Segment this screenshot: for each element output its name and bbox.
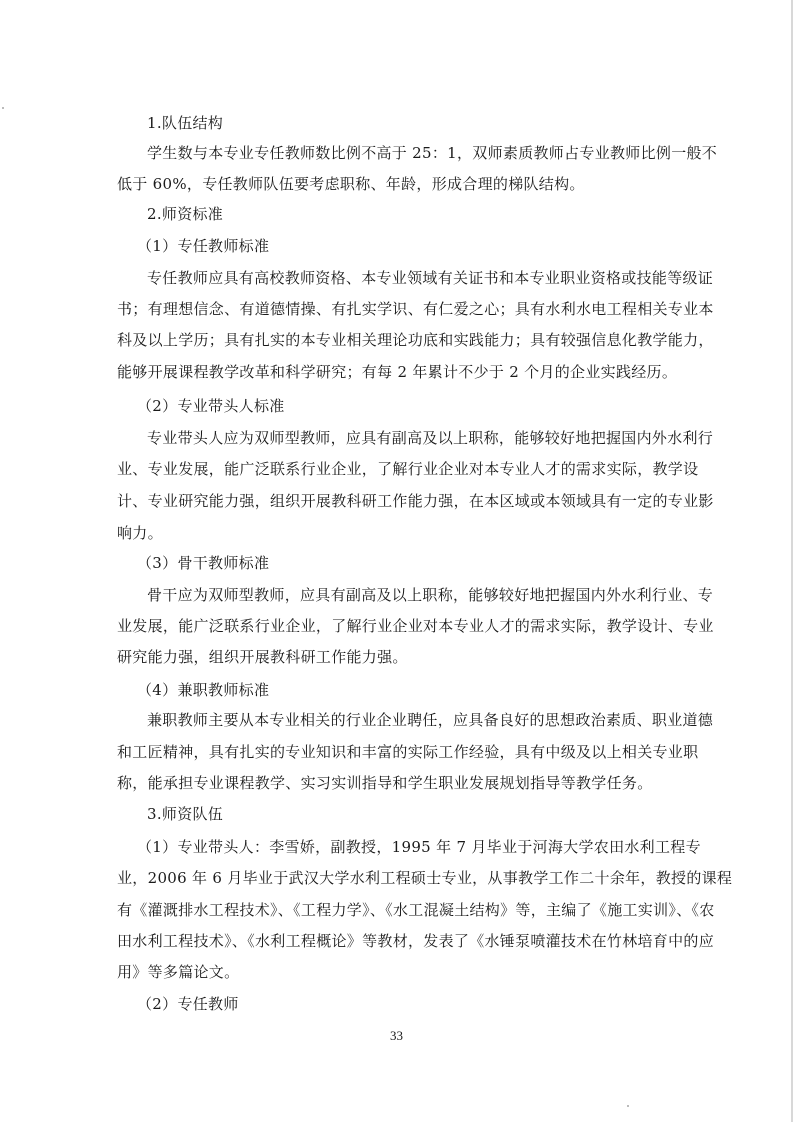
page-number: 33 — [0, 1028, 793, 1044]
scan-speck — [627, 1105, 629, 1107]
paragraph-line: 业、专业发展，能广泛联系行业企业，了解行业企业对本专业人才的需求实际，教学设 — [117, 459, 677, 479]
document-page: 1.队伍结构 学生数与本专业专任教师数比例不高于 25：1，双师素质教师占专业教… — [0, 0, 793, 1122]
paragraph-line: 专业带头人应为双师型教师，应具有副高及以上职称，能够较好地把握国内外水利行 — [147, 428, 707, 448]
paragraph-line: 低于 60%，专任教师队伍要考虑职称、年龄，形成合理的梯队结构。 — [117, 174, 677, 194]
paragraph-line: 响力。 — [117, 523, 677, 543]
paragraph-line: 有《灌溉排水工程技术》、《工程力学》、《水工混凝土结构》等，主编了《施工实训》、… — [117, 900, 677, 920]
subsection-heading-parttime-teacher: （4）兼职教师标准 — [137, 680, 697, 700]
paragraph-line: 称，能承担专业课程教学、实习实训指导和学生职业发展规划指导等教学任务。 — [117, 773, 677, 793]
paragraph-line: （1）专业带头人：李雪娇，副教授，1995 年 7 月毕业于河海大学农田水利工程… — [137, 837, 697, 857]
paragraph-line: 学生数与本专业专任教师数比例不高于 25：1，双师素质教师占专业教师比例一般不 — [147, 143, 707, 163]
scan-speck — [2, 107, 4, 109]
subsection-heading-fulltime-teachers: （2）专任教师 — [137, 994, 697, 1014]
paragraph-line: 专任教师应具有高校教师资格、本专业领域有关证书和本专业职业资格或技能等级证 — [147, 268, 707, 288]
paragraph-line: 研究能力强，组织开展教科研工作能力强。 — [117, 647, 677, 667]
section-heading-team-structure: 1.队伍结构 — [147, 113, 707, 133]
paragraph-line: 和工匠精神，具有扎实的专业知识和丰富的实际工作经验，具有中级及以上相关专业职 — [117, 742, 677, 762]
subsection-heading-core-teacher: （3）骨干教师标准 — [137, 553, 697, 573]
paragraph-line: 田水利工程技术》、《水利工程概论》等教材，发表了《水锤泵喷灌技术在竹林培育中的应 — [117, 931, 677, 951]
subsection-heading-fulltime-teacher: （1）专任教师标准 — [137, 236, 697, 256]
section-heading-faculty-standards: 2.师资标准 — [147, 204, 707, 224]
paragraph-line: 能够开展课程教学改革和科学研究；有每 2 年累计不少于 2 个月的企业实践经历。 — [117, 362, 677, 382]
paragraph-line: 书；有理想信念、有道德情操、有扎实学识、有仁爱之心；具有水利水电工程相关专业本 — [117, 299, 677, 319]
paragraph-line: 骨干应为双师型教师，应具有副高及以上职称，能够较好地把握国内外水利行业、专 — [147, 585, 707, 605]
paragraph-line: 业，2006 年 6 月毕业于武汉大学水利工程硕士专业，从事教学工作二十余年，教… — [117, 868, 677, 888]
section-heading-faculty-team: 3.师资队伍 — [147, 804, 707, 824]
paragraph-line: 兼职教师主要从本专业相关的行业企业聘任，应具备良好的思想政治素质、职业道德 — [147, 710, 707, 730]
paragraph-line: 科及以上学历；具有扎实的本专业相关理论功底和实践能力；具有较强信息化教学能力， — [117, 330, 677, 350]
subsection-heading-program-leader: （2）专业带头人标准 — [137, 396, 697, 416]
paragraph-line: 计、专业研究能力强，组织开展教科研工作能力强，在本区域或本领域具有一定的专业影 — [117, 491, 677, 511]
paragraph-line: 用》等多篇论文。 — [117, 962, 677, 982]
paragraph-line: 业发展，能广泛联系行业企业，了解行业企业对本专业人才的需求实际，教学设计、专业 — [117, 616, 677, 636]
